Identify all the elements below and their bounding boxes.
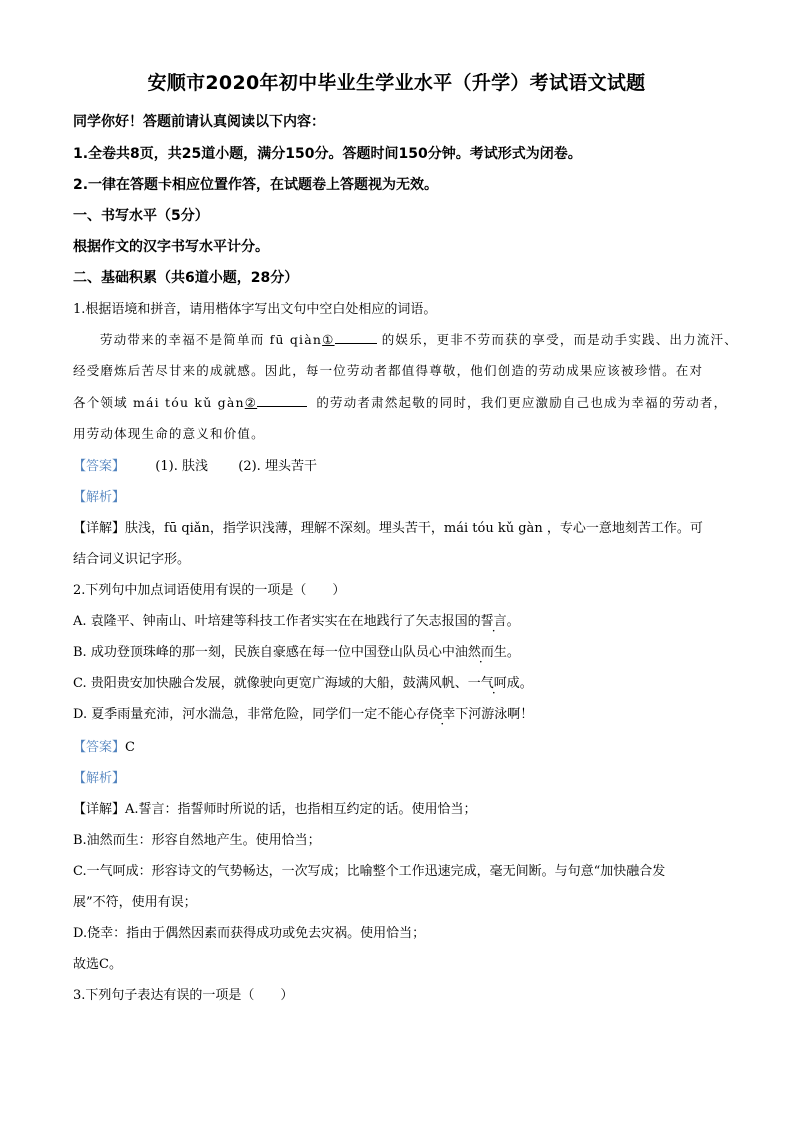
- blank-marker-1: ①: [322, 332, 334, 347]
- section1-heading: 一、书写水平（5分）: [73, 205, 209, 225]
- q1-detail-line-2: 结合词义识记字形。: [73, 548, 190, 567]
- notice-item-1: 1.全卷共8页，共25道小题，满分150分。答题时间150分钟。考试形式为闭卷。: [73, 143, 582, 163]
- page-title: 安顺市2020年初中毕业生学业水平（升学）考试语文试题: [0, 68, 793, 95]
- q1-passage-text: 劳动带来的幸福不是简单而 fū qiàn: [100, 332, 322, 347]
- q2-detail-line-4: 展”不符，使用有误；: [73, 891, 197, 910]
- q1-passage-line-2: 经受磨炼后苦尽甘来的成就感。因此，每一位劳动者都值得尊敬，他们创造的劳动成果应该…: [73, 361, 703, 379]
- q2-analysis-label: 【解析】: [73, 767, 125, 786]
- dotted-word: 一气呵成: [468, 672, 520, 691]
- q2-detail-line-2: B.油然而生：形容自然地产生。使用恰当；: [73, 829, 321, 848]
- detail-text: 肤浅，fū qiǎn，指学识浅薄，理解不深刻。埋头苦干，mái tóu kǔ g…: [125, 521, 703, 536]
- section2-heading: 二、基础积累（共6道小题，28分）: [73, 267, 298, 287]
- answer-label: 【答案】: [73, 740, 125, 755]
- blank-marker-2: ②: [245, 395, 257, 410]
- notice-item-2: 2.一律在答题卡相应位置作答，在试题卷上答题视为无效。: [73, 174, 438, 194]
- q2-detail-line-3: C.一气呵成：形容诗文的气势畅达，一次写成；比喻整个工作迅速完成，毫无间断。与句…: [73, 860, 665, 879]
- q2-answer: 【答案】C: [73, 736, 135, 755]
- q2-detail-line-6: 故选C。: [73, 953, 122, 972]
- q1-answer: 【答案】 (1). 肤浅 (2). 埋头苦干: [73, 455, 317, 474]
- answer-label: 【答案】: [73, 459, 125, 474]
- q3-stem: 3.下列句子表达有误的一项是（ ）: [73, 984, 293, 1003]
- q1-stem: 1.根据语境和拼音，请用楷体字写出文句中空白处相应的词语。: [73, 298, 436, 317]
- option-text: 。: [507, 645, 520, 660]
- q1-passage-text: 的劳动者肃然起敬的同时，我们更应激励自己也成为幸福的劳动者，: [316, 395, 727, 410]
- q2-option-c: C. 贵阳贵安加快融合发展，就像驶向更宽广海域的大船，鼓满风帆、一气呵成。: [73, 672, 533, 691]
- option-text: A. 袁隆平、钟南山、叶培建等科技工作者实实在在地践行了矢志报国的: [73, 614, 481, 629]
- notice-greeting: 同学你好！答题前请认真阅读以下内容：: [73, 111, 325, 131]
- dotted-word: 侥幸: [429, 703, 455, 722]
- answer-value: C: [125, 740, 135, 755]
- option-text: C. 贵阳贵安加快融合发展，就像驶向更宽广海域的大船，鼓满风帆、: [73, 676, 468, 691]
- q1-analysis-label: 【解析】: [73, 486, 125, 505]
- q1-passage-line-3: 各个领域 mái tóu kǔ gàn② 的劳动者肃然起敬的同时，我们更应激励自…: [73, 393, 727, 411]
- q1-passage-text: 各个领域 mái tóu kǔ gàn: [73, 395, 245, 410]
- option-text: 下河游泳啊！: [455, 707, 533, 722]
- option-text: B. 成功登顶珠峰的那一刻，民族自豪感在每一位中国登山队员心中: [73, 645, 455, 660]
- option-text: 。: [520, 676, 533, 691]
- q1-passage-line-4: 用劳动体现生命的意义和价值。: [73, 424, 265, 442]
- q1-passage-line-1: 劳动带来的幸福不是简单而 fū qiàn① 的娱乐，更非不劳而获的享受，而是动手…: [100, 330, 738, 348]
- q2-detail-line-1: 【详解】A.誓言：指誓师时所说的话，也指相互约定的话。使用恰当；: [73, 798, 477, 817]
- q1-passage-text: 的娱乐，更非不劳而获的享受，而是动手实践、出力流汗、: [382, 332, 738, 347]
- q2-option-d: D. 夏季雨量充沛，河水湍急，非常危险，同学们一定不能心存侥幸下河游泳啊！: [73, 703, 533, 722]
- answer-blank-1: [335, 331, 377, 344]
- option-text: D. 夏季雨量充沛，河水湍急，非常危险，同学们一定不能心存: [73, 707, 429, 722]
- q1-detail-line-1: 【详解】肤浅，fū qiǎn，指学识浅薄，理解不深刻。埋头苦干，mái tóu …: [73, 517, 703, 536]
- dotted-word: 誓言: [481, 610, 507, 629]
- q2-detail-line-5: D.侥幸：指由于偶然因素而获得成功或免去灾祸。使用恰当；: [73, 922, 425, 941]
- option-text: 。: [507, 614, 520, 629]
- detail-text: A.誓言：指誓师时所说的话，也指相互约定的话。使用恰当；: [125, 802, 477, 817]
- detail-label: 【详解】: [73, 521, 125, 536]
- dotted-word: 油然而生: [455, 641, 507, 660]
- answer-blank-2: [257, 394, 307, 407]
- section1-text: 根据作文的汉字书写水平计分。: [73, 236, 269, 256]
- answer-item-2: (2). 埋头苦干: [238, 459, 317, 474]
- answer-item-1: (1). 肤浅: [155, 459, 208, 474]
- detail-label: 【详解】: [73, 802, 125, 817]
- q2-option-b: B. 成功登顶珠峰的那一刻，民族自豪感在每一位中国登山队员心中油然而生。: [73, 641, 520, 660]
- q2-option-a: A. 袁隆平、钟南山、叶培建等科技工作者实实在在地践行了矢志报国的誓言。: [73, 610, 520, 629]
- q2-stem: 2.下列句中加点词语使用有误的一项是（ ）: [73, 579, 345, 598]
- exam-page: 安顺市2020年初中毕业生学业水平（升学）考试语文试题 同学你好！答题前请认真阅…: [0, 0, 793, 1122]
